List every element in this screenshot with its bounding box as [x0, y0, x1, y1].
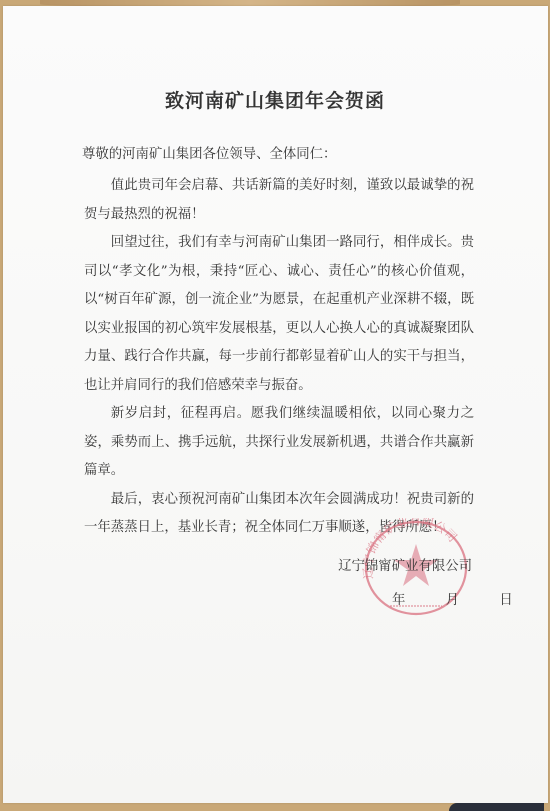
letter-title: 致河南矿山集团年会贺函	[0, 86, 550, 113]
signature-date: 年 月 日	[392, 589, 535, 608]
date-year-label: 年	[392, 593, 405, 608]
paragraph-closing: 最后，衷心预祝河南矿山集团本次年会圆满成功！祝贵司新的一年蒸蒸日上，基业长青；祝…	[84, 486, 474, 543]
signature-company: 辽宁锦甯矿业有限公司	[338, 555, 472, 574]
date-month-label: 月	[446, 593, 459, 608]
paragraph-greeting: 值此贵司年会启幕、共话新篇的美好时刻，谨致以最诚挚的祝贺与最热烈的祝福！	[84, 172, 474, 229]
paragraph-review: 回望过往，我们有幸与河南矿山集团一路同行，相伴成长。贵司以“孝文化”为根，秉持“…	[84, 229, 474, 400]
paragraph-outlook: 新岁启封，征程再启。愿我们继续温暖相依，以同心聚力之姿，乘势而上、携手远航，共探…	[84, 400, 474, 486]
letter-body: 值此贵司年会启幕、共话新篇的美好时刻，谨致以最诚挚的祝贺与最热烈的祝福！ 回望过…	[84, 172, 474, 543]
date-day-label: 日	[499, 593, 512, 608]
letter-salutation: 尊敬的河南矿山集团各位领导、全体同仁：	[82, 143, 336, 162]
dark-object-corner	[449, 803, 544, 811]
